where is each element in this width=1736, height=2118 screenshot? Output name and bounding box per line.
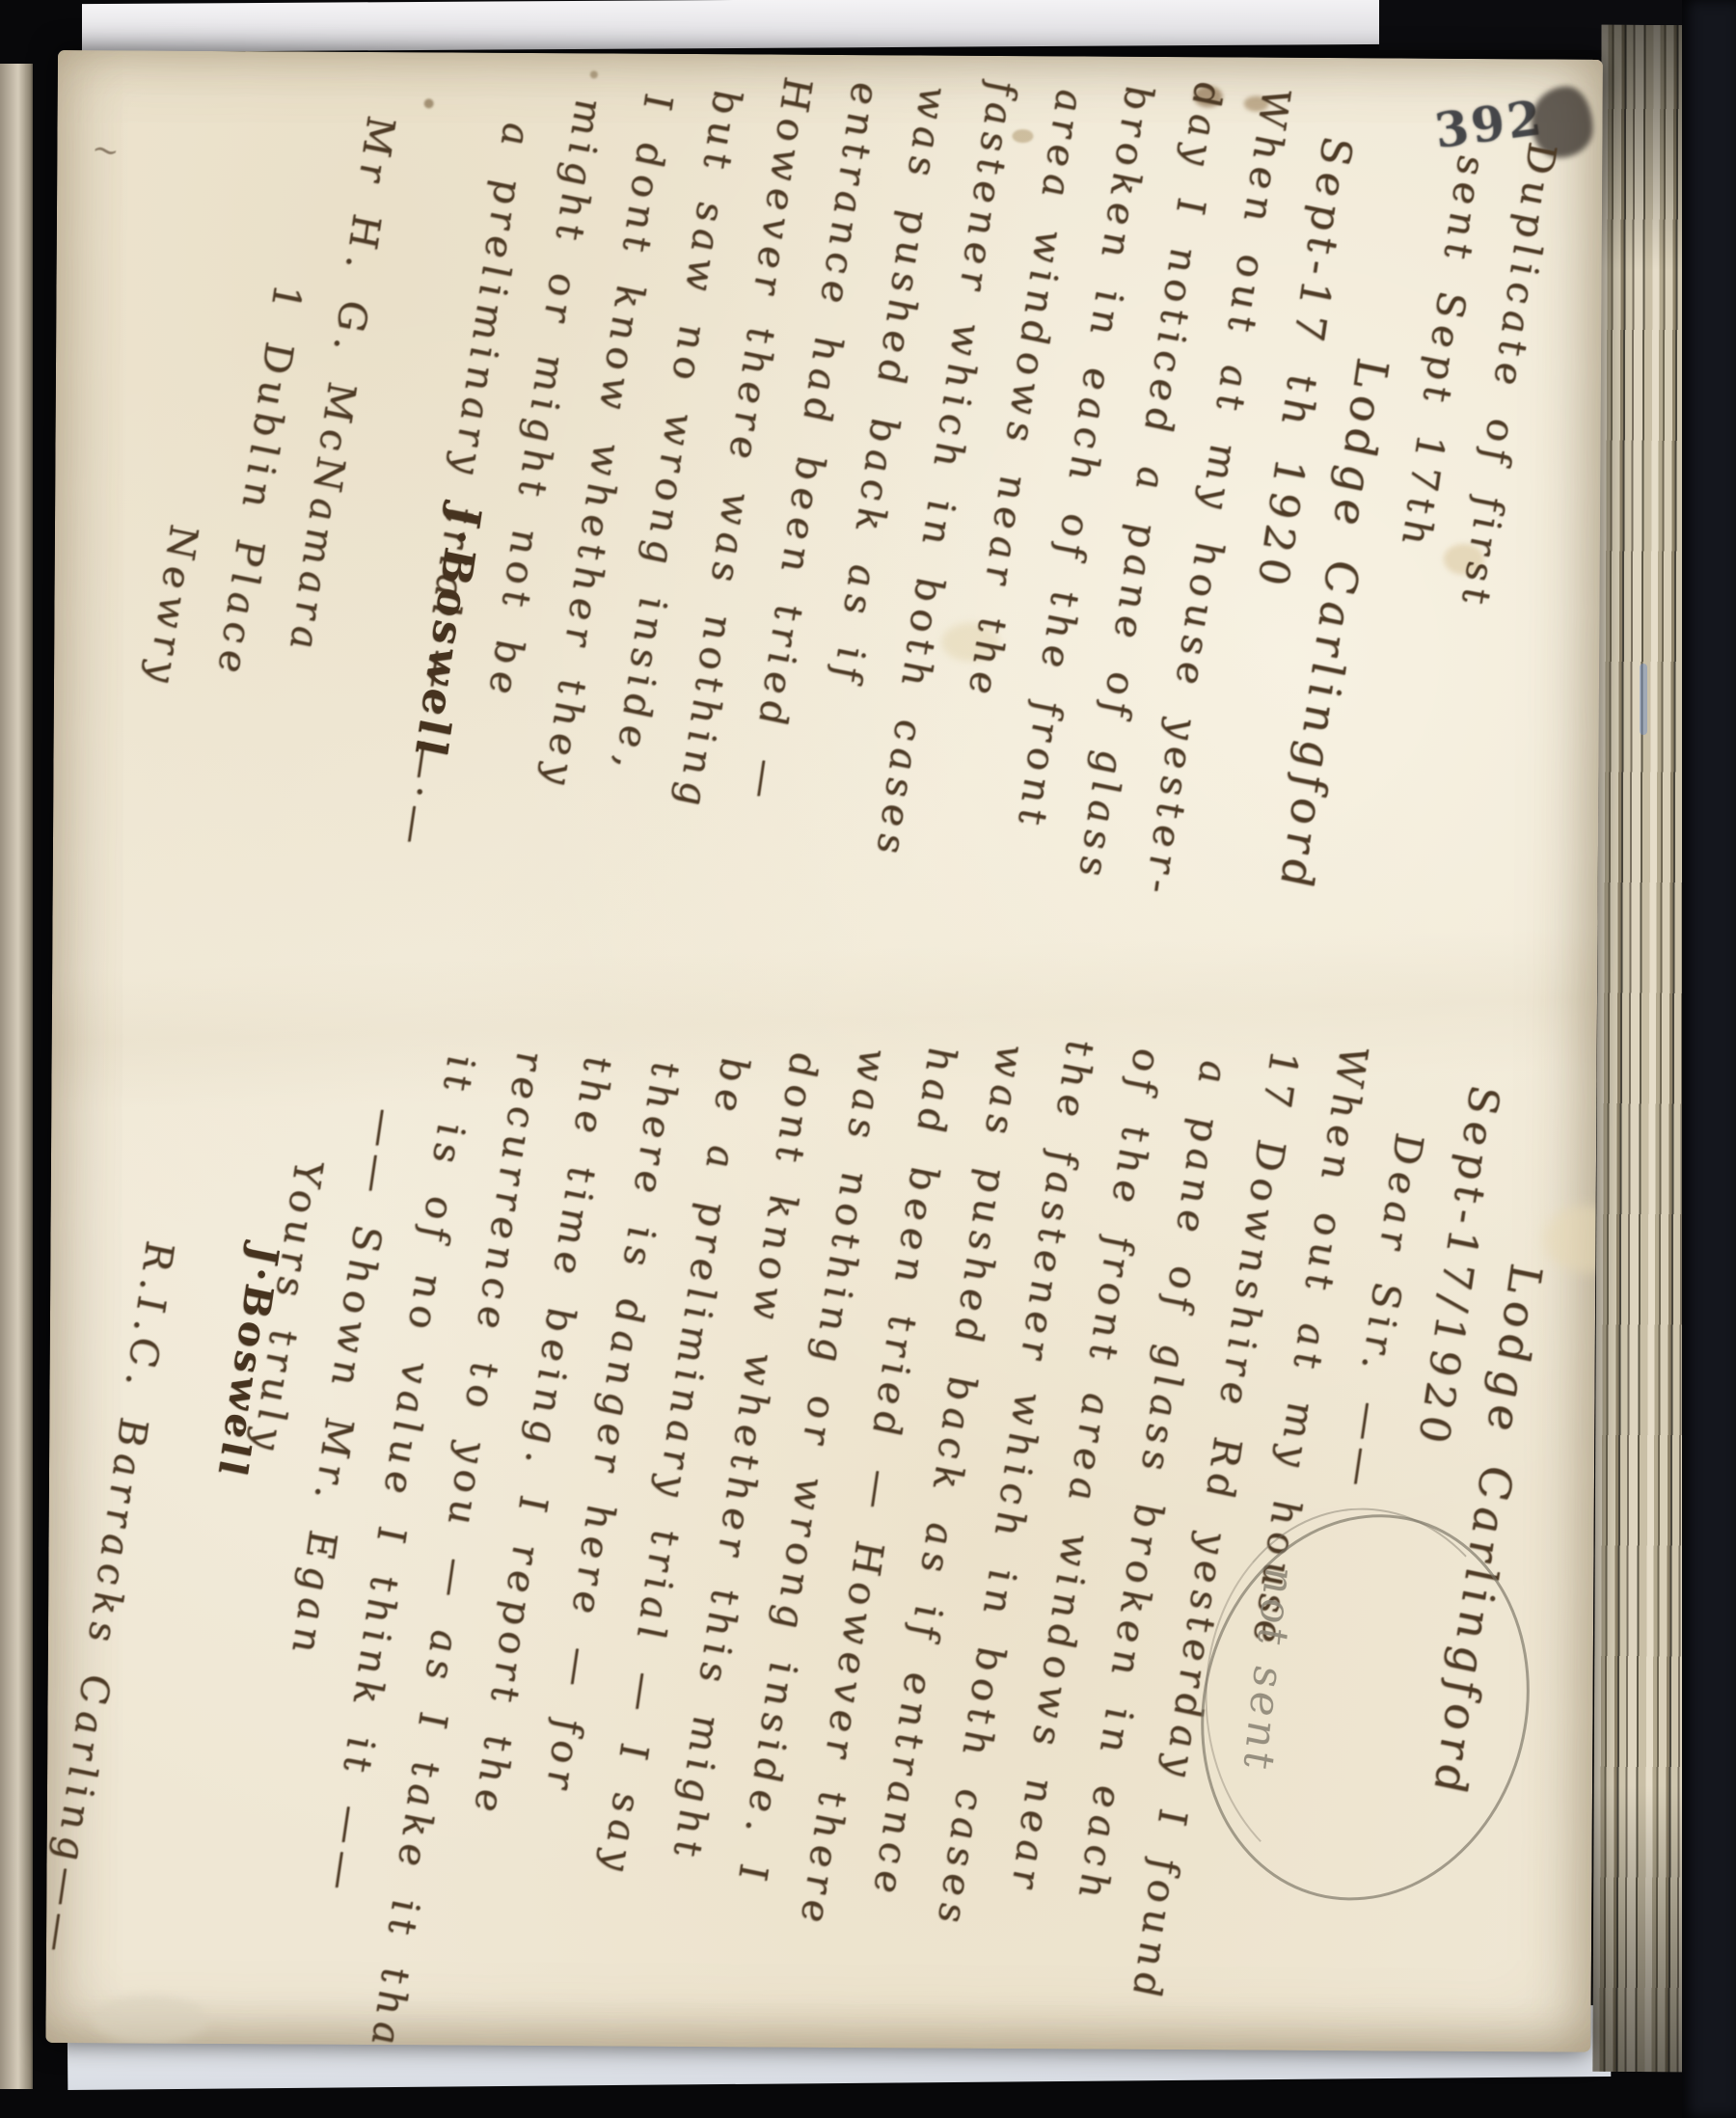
letter-copy-1: Duplicate of firstsent Sept 17thLodge Ca… bbox=[67, 63, 1586, 1093]
page-edges-stack bbox=[1592, 25, 1694, 2072]
book-photograph: 392 ~ Duplicate of firstsent Sept 17thLo… bbox=[0, 0, 1736, 2118]
scanner-backing-strip bbox=[82, 0, 1384, 52]
book-cover bbox=[1682, 0, 1736, 2118]
blue-edge-mark bbox=[1640, 664, 1647, 735]
stray-ink-mark: ~ bbox=[83, 128, 147, 200]
binding-edge-strip bbox=[0, 64, 33, 2089]
manuscript-page: 392 ~ Duplicate of firstsent Sept 17thLo… bbox=[45, 50, 1603, 2052]
